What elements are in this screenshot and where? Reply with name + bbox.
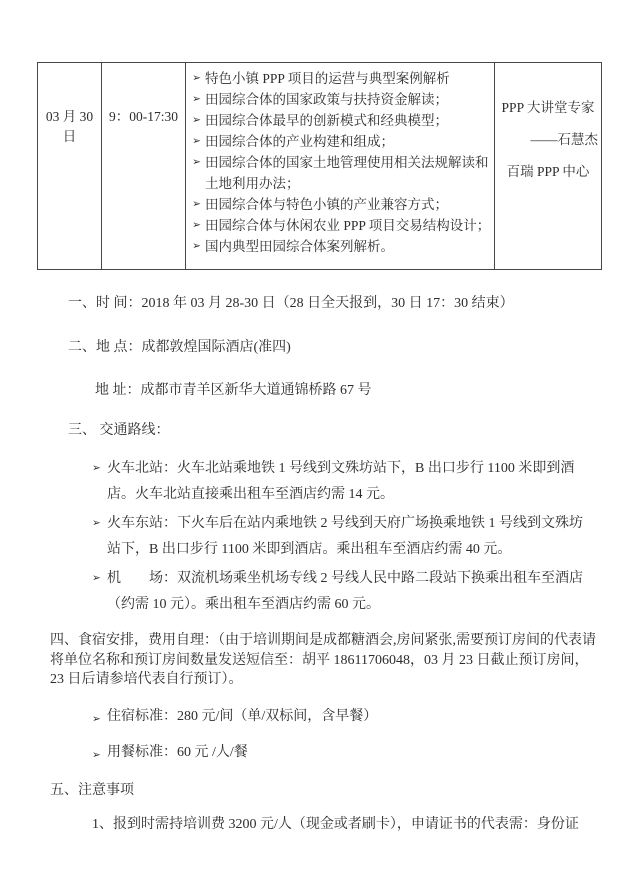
section-address: 地 址：成都市青羊区新华大道通锦桥路 67 号	[95, 379, 372, 399]
topic-text: 田园综合体最早的创新模式和经典模型；	[205, 110, 492, 131]
note-item-1: 1、报到时需持培训费 3200 元/人（现金或者刷卡），申请证书的代表需：身份证	[92, 813, 579, 833]
lodging-item: ➢ 用餐标准：60 元 /人/餐	[92, 743, 377, 769]
section-time: 一、时 间：2018 年 03 月 28-30 日（28 日全天报到，30 日 …	[68, 292, 514, 312]
lodging-item: ➢ 住宿标准：280 元/间（单/双标间，含早餐）	[92, 707, 377, 733]
speaker-name: ——石慧杰	[495, 132, 601, 148]
arrow-bullet-icon: ➢	[188, 152, 205, 194]
arrow-bullet-icon: ➢	[92, 707, 107, 733]
arrow-bullet-icon: ➢	[92, 566, 107, 618]
arrow-bullet-icon: ➢	[188, 68, 205, 89]
arrow-bullet-icon: ➢	[188, 215, 205, 236]
transport-item: ➢ 机 场：双流机场乘坐机场专线 2 号线人民中路二段站下换乘出租车至酒店（约需…	[92, 566, 588, 618]
topic-text: 特色小镇 PPP 项目的运营与典型案例解析	[205, 68, 492, 89]
schedule-date: 03 月 30 日	[46, 109, 93, 144]
document-page: 03 月 30 日 9：00-17:30 ➢ 特色小镇 PPP 项目的运营与典型…	[0, 0, 640, 875]
topic-item: ➢ 田园综合体与休闲农业 PPP 项目交易结构设计；	[188, 215, 492, 236]
section-transport-title: 三、 交通路线：	[68, 419, 170, 439]
topic-text: 田园综合体与休闲农业 PPP 项目交易结构设计；	[205, 215, 492, 236]
transport-text: 火车北站：火车北站乘地铁 1 号线到文殊坊站下，B 出口步行 1100 米即到酒…	[107, 456, 588, 508]
arrow-bullet-icon: ➢	[92, 456, 107, 508]
transport-text: 火车东站：下火车后在站内乘地铁 2 号线到天府广场换乘地铁 1 号线到文殊坊站下…	[107, 511, 588, 563]
transport-list: ➢ 火车北站：火车北站乘地铁 1 号线到文殊坊站下，B 出口步行 1100 米即…	[92, 456, 588, 621]
topic-item: ➢ 国内典型田园综合体案列解析。	[188, 236, 492, 257]
arrow-bullet-icon: ➢	[188, 110, 205, 131]
arrow-bullet-icon: ➢	[92, 743, 107, 769]
arrow-bullet-icon: ➢	[188, 236, 205, 257]
transport-item: ➢ 火车北站：火车北站乘地铁 1 号线到文殊坊站下，B 出口步行 1100 米即…	[92, 456, 588, 508]
schedule-date-cell: 03 月 30 日	[38, 63, 102, 269]
arrow-bullet-icon: ➢	[188, 131, 205, 152]
topic-item: ➢ 田园综合体与特色小镇的产业兼容方式；	[188, 194, 492, 215]
section-notes-title: 五、注意事项	[50, 779, 134, 799]
lodging-text: 住宿标准：280 元/间（单/双标间，含早餐）	[107, 707, 377, 733]
section-place: 二、地 点：成都敦煌国际酒店(准四)	[68, 336, 291, 356]
speaker-center: 百瑞 PPP 中心	[495, 164, 601, 180]
topic-item: ➢ 田园综合体的国家政策与扶持资金解读；	[188, 89, 492, 110]
topic-text: 田园综合体的国家土地管理使用相关法规解读和土地利用办法；	[205, 152, 492, 194]
transport-item: ➢ 火车东站：下火车后在站内乘地铁 2 号线到天府广场换乘地铁 1 号线到文殊坊…	[92, 511, 588, 563]
topic-item: ➢ 田园综合体最早的创新模式和经典模型；	[188, 110, 492, 131]
transport-text: 机 场：双流机场乘坐机场专线 2 号线人民中路二段站下换乘出租车至酒店（约需 1…	[107, 566, 588, 618]
schedule-table: 03 月 30 日 9：00-17:30 ➢ 特色小镇 PPP 项目的运营与典型…	[37, 62, 602, 270]
schedule-speaker-cell: PPP 大讲堂专家 ——石慧杰 百瑞 PPP 中心	[495, 63, 601, 269]
lodging-list: ➢ 住宿标准：280 元/间（单/双标间，含早餐） ➢ 用餐标准：60 元 /人…	[92, 707, 377, 779]
lodging-text: 用餐标准：60 元 /人/餐	[107, 743, 377, 769]
topic-item: ➢ 田园综合体的产业构建和组成；	[188, 131, 492, 152]
arrow-bullet-icon: ➢	[92, 511, 107, 563]
arrow-bullet-icon: ➢	[188, 194, 205, 215]
speaker-org: PPP 大讲堂专家	[495, 100, 601, 116]
topic-text: 国内典型田园综合体案列解析。	[205, 236, 492, 257]
section-lodging-intro: 四、食宿安排，费用自理：（由于培训期间是成都糖酒会,房间紧张,需要预订房间的代表…	[50, 631, 596, 690]
schedule-time-cell: 9：00-17:30	[102, 63, 186, 269]
schedule-time: 9：00-17:30	[109, 109, 178, 124]
topic-text: 田园综合体的国家政策与扶持资金解读；	[205, 89, 492, 110]
topic-list: ➢ 特色小镇 PPP 项目的运营与典型案例解析 ➢ 田园综合体的国家政策与扶持资…	[188, 68, 492, 257]
topic-text: 田园综合体与特色小镇的产业兼容方式；	[205, 194, 492, 215]
arrow-bullet-icon: ➢	[188, 89, 205, 110]
schedule-topics-cell: ➢ 特色小镇 PPP 项目的运营与典型案例解析 ➢ 田园综合体的国家政策与扶持资…	[186, 63, 495, 269]
topic-item: ➢ 田园综合体的国家土地管理使用相关法规解读和土地利用办法；	[188, 152, 492, 194]
topic-item: ➢ 特色小镇 PPP 项目的运营与典型案例解析	[188, 68, 492, 89]
topic-text: 田园综合体的产业构建和组成；	[205, 131, 492, 152]
